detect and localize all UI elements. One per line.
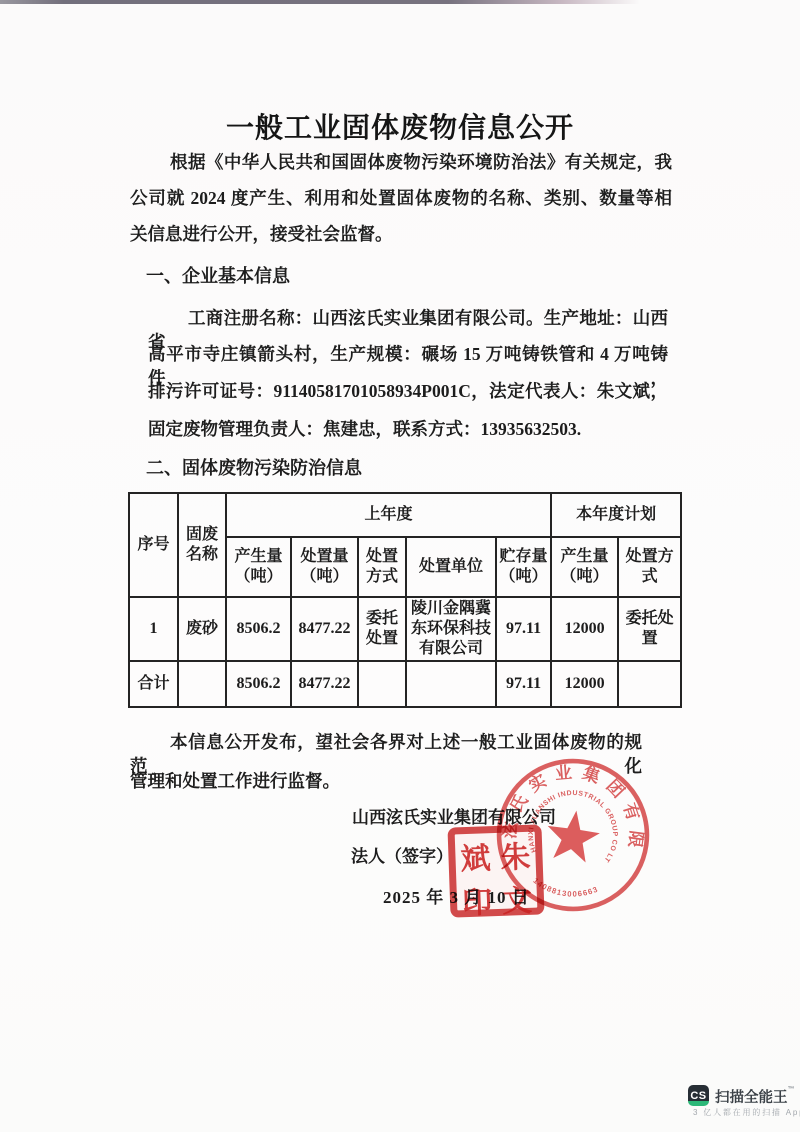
header-seq: 序号: [129, 493, 178, 597]
header-waste-name: 固废名称: [178, 493, 226, 597]
header-stored: 贮存量（吨）: [496, 537, 551, 597]
cell-disposed: 8477.22: [291, 597, 358, 661]
header-plan-method: 处置方式: [618, 537, 681, 597]
intro-line-2: 公司就 2024 度产生、利用和处置固体废物的名称、类别、数量等相: [130, 186, 672, 210]
seal-char-bottom-right: 文: [496, 876, 538, 921]
legal-person-square-seal: 斌 朱 印 文: [447, 824, 544, 917]
cell-stored: 97.11: [496, 597, 551, 661]
scan-edge-artifact: [0, 0, 640, 4]
header-produced: 产生量（吨）: [226, 537, 291, 597]
cell-unit: 陵川金隅冀东环保科技有限公司: [406, 597, 496, 661]
trademark-symbol: ™: [788, 1086, 795, 1093]
intro-line-3: 关信息进行公开，接受社会监督。: [130, 222, 672, 246]
seal-star-icon: [543, 807, 602, 864]
cell-total-produced: 8506.2: [226, 661, 291, 707]
table-row-waste-sand: 1 废砂 8506.2 8477.22 委托处置 陵川金隅冀东环保科技有限公司 …: [129, 597, 681, 661]
header-method: 处置方式: [358, 537, 406, 597]
header-unit: 处置单位: [406, 537, 496, 597]
cell-produced: 8506.2: [226, 597, 291, 661]
solid-waste-table: 序号 固废名称 上年度 本年度计划 产生量（吨） 处置量（吨） 处置方式 处置单…: [128, 492, 682, 708]
seal-char-bottom-left: 印: [456, 877, 498, 922]
header-group-last-year: 上年度: [226, 493, 551, 537]
app-name-text: 扫描全能王: [715, 1090, 788, 1106]
camscanner-app-name: 扫描全能王™: [715, 1086, 795, 1107]
header-plan-produced: 产生量（吨）: [551, 537, 618, 597]
document-title: 一般工业固体废物信息公开: [0, 106, 800, 146]
section1-heading: 一、企业基本信息: [146, 264, 290, 288]
cell-total-plan-produced: 12000: [551, 661, 618, 707]
cell-seq: 1: [129, 597, 178, 661]
cell-plan-produced: 12000: [551, 597, 618, 661]
cell-total-disposed: 8477.22: [291, 661, 358, 707]
cell-total-method: [358, 661, 406, 707]
scanned-document-page: 一般工业固体废物信息公开 根据《中华人民共和国固体废物污染环境防治法》有关规定，…: [0, 0, 800, 1132]
header-disposed: 处置量（吨）: [291, 537, 358, 597]
section2-heading: 二、固体废物污染防治信息: [146, 456, 362, 480]
cell-method: 委托处置: [358, 597, 406, 661]
seal-char-top-right: 朱: [495, 832, 537, 877]
legal-person-signature-label: 法人（签字）: [351, 842, 453, 867]
cell-total-label: 合计: [129, 661, 178, 707]
table-row-total: 合计 8506.2 8477.22 97.11 12000: [129, 661, 681, 707]
camscanner-logo-icon: CS: [688, 1085, 709, 1106]
header-group-plan: 本年度计划: [551, 493, 681, 537]
camscanner-tagline: 3 亿人都在用的扫描 App: [693, 1107, 800, 1118]
cell-total-stored: 97.11: [496, 661, 551, 707]
company-info-line-3: 排污许可证号：91140581701058934P001C，法定代表人：朱文斌，: [148, 379, 668, 403]
seal-char-top-left: 斌: [455, 833, 497, 878]
cell-total-unit: [406, 661, 496, 707]
intro-line-1: 根据《中华人民共和国固体废物污染环境防治法》有关规定，我: [130, 150, 672, 174]
company-info-line-4: 固定废物管理负责人：焦建忠，联系方式：13935632503.: [148, 417, 668, 441]
cell-total-name: [178, 661, 226, 707]
cell-name: 废砂: [178, 597, 226, 661]
cell-total-plan-method: [618, 661, 681, 707]
cell-plan-method: 委托处置: [618, 597, 681, 661]
